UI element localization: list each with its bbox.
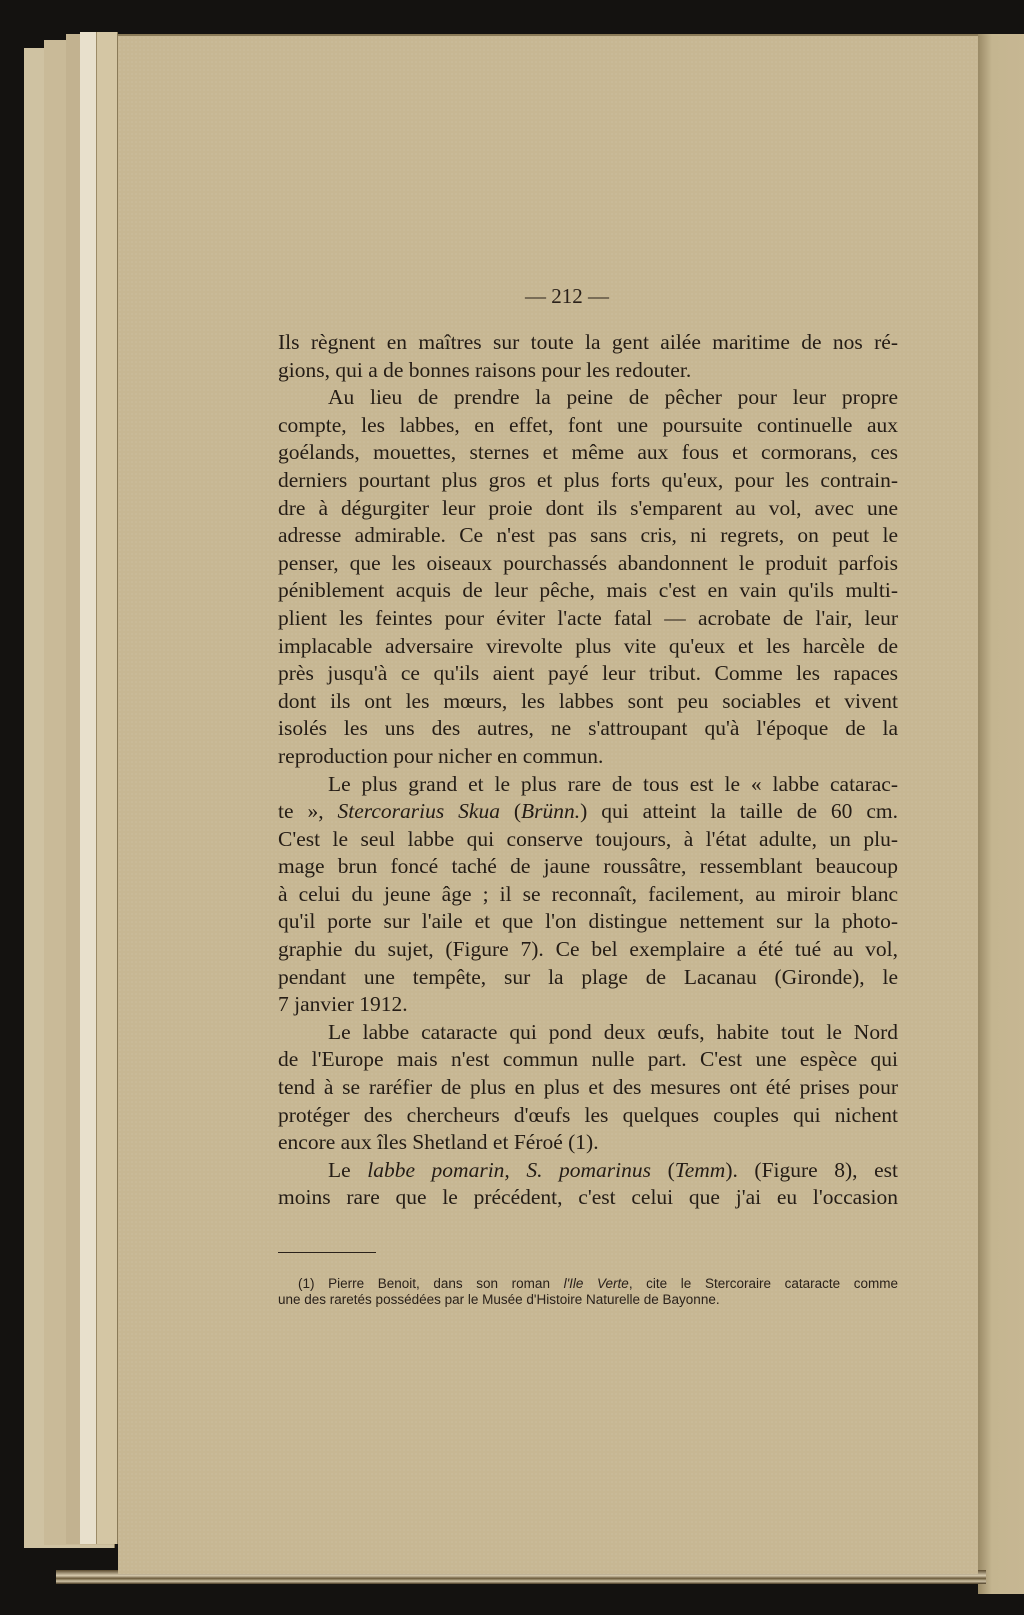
- footnote-line: une des raretés possédées par le Musée d…: [278, 1292, 898, 1308]
- text-line: qu'il porte sur l'aile et que l'on disti…: [278, 908, 898, 936]
- author-name: Temm: [675, 1158, 726, 1182]
- text-line: Le plus grand et le plus rare de tous es…: [278, 771, 898, 799]
- text-line: Au lieu de prendre la peine de pêcher po…: [278, 384, 898, 412]
- text-line: dont ils ont les mœurs, les labbes sont …: [278, 688, 898, 716]
- text-line: encore aux îles Shetland et Féroé (1).: [278, 1129, 898, 1157]
- text-line-with-italic: te », Stercorarius Skua (Brünn.) qui att…: [278, 798, 898, 826]
- text-line: penser, que les oiseaux pourchassés aban…: [278, 550, 898, 578]
- text-line: gions, qui a de bonnes raisons pour les …: [278, 357, 898, 385]
- text-line: Ils règnent en maîtres sur toute la gent…: [278, 329, 898, 357]
- text-line: compte, les labbes, en effet, font une p…: [278, 412, 898, 440]
- text-line: pendant une tempête, sur la plage de Lac…: [278, 964, 898, 992]
- footnote-line: (1) Pierre Benoit, dans son roman l'Ile …: [278, 1276, 898, 1292]
- text-line: plient les feintes pour éviter l'acte fa…: [278, 605, 898, 633]
- text-line: reproduction pour nicher en commun.: [278, 743, 898, 771]
- footnote-separator: [278, 1252, 376, 1253]
- text-line: protéger des chercheurs d'œufs les quelq…: [278, 1102, 898, 1130]
- text-line: graphie du sujet, (Figure 7). Ce bel exe…: [278, 936, 898, 964]
- text-line: Le labbe cataracte qui pond deux œufs, h…: [278, 1019, 898, 1047]
- book-page: — 212 — Ils règnent en maîtres sur toute…: [118, 34, 978, 1574]
- body-text: Ils règnent en maîtres sur toute la gent…: [278, 329, 898, 1212]
- species-name: Stercorarius Skua: [338, 799, 500, 823]
- footnote: (1) Pierre Benoit, dans son roman l'Ile …: [278, 1276, 898, 1308]
- author-name: Brünn.: [521, 799, 580, 823]
- text-line: implacable adversaire virevolte plus vit…: [278, 633, 898, 661]
- text-line: de l'Europe mais n'est commun nulle part…: [278, 1046, 898, 1074]
- text-line: derniers pourtant plus gros et plus fort…: [278, 467, 898, 495]
- text-line: 7 janvier 1912.: [278, 991, 898, 1019]
- text-line: péniblement acquis de leur pêche, mais c…: [278, 577, 898, 605]
- book-title: l'Ile Verte: [564, 1276, 629, 1291]
- text-line: goélands, mouettes, sternes et même aux …: [278, 439, 898, 467]
- text-line: C'est le seul labbe qui conserve toujour…: [278, 826, 898, 854]
- book-gutter: [978, 34, 1024, 1594]
- page-number: — 212 —: [118, 284, 978, 309]
- species-name: labbe pomarin, S. pomarinus: [367, 1158, 651, 1182]
- text-line: adresse admirable. Ce n'est pas sans cri…: [278, 522, 898, 550]
- text-line: dre à dégurgiter leur proie dont ils s'e…: [278, 495, 898, 523]
- text-line: à celui du jeune âge ; il se reconnaît, …: [278, 881, 898, 909]
- text-line: moins rare que le précédent, c'est celui…: [278, 1184, 898, 1212]
- text-line: tend à se raréfier de plus en plus et de…: [278, 1074, 898, 1102]
- page-stack-edge: [96, 32, 118, 1544]
- text-line: mage brun foncé taché de jaune roussâtre…: [278, 853, 898, 881]
- text-line-with-italic: Le labbe pomarin, S. pomarinus (Temm). (…: [278, 1157, 898, 1185]
- text-line: près jusqu'à ce qu'ils aient payé leur t…: [278, 660, 898, 688]
- text-line: isolés les uns des autres, ne s'attroupa…: [278, 715, 898, 743]
